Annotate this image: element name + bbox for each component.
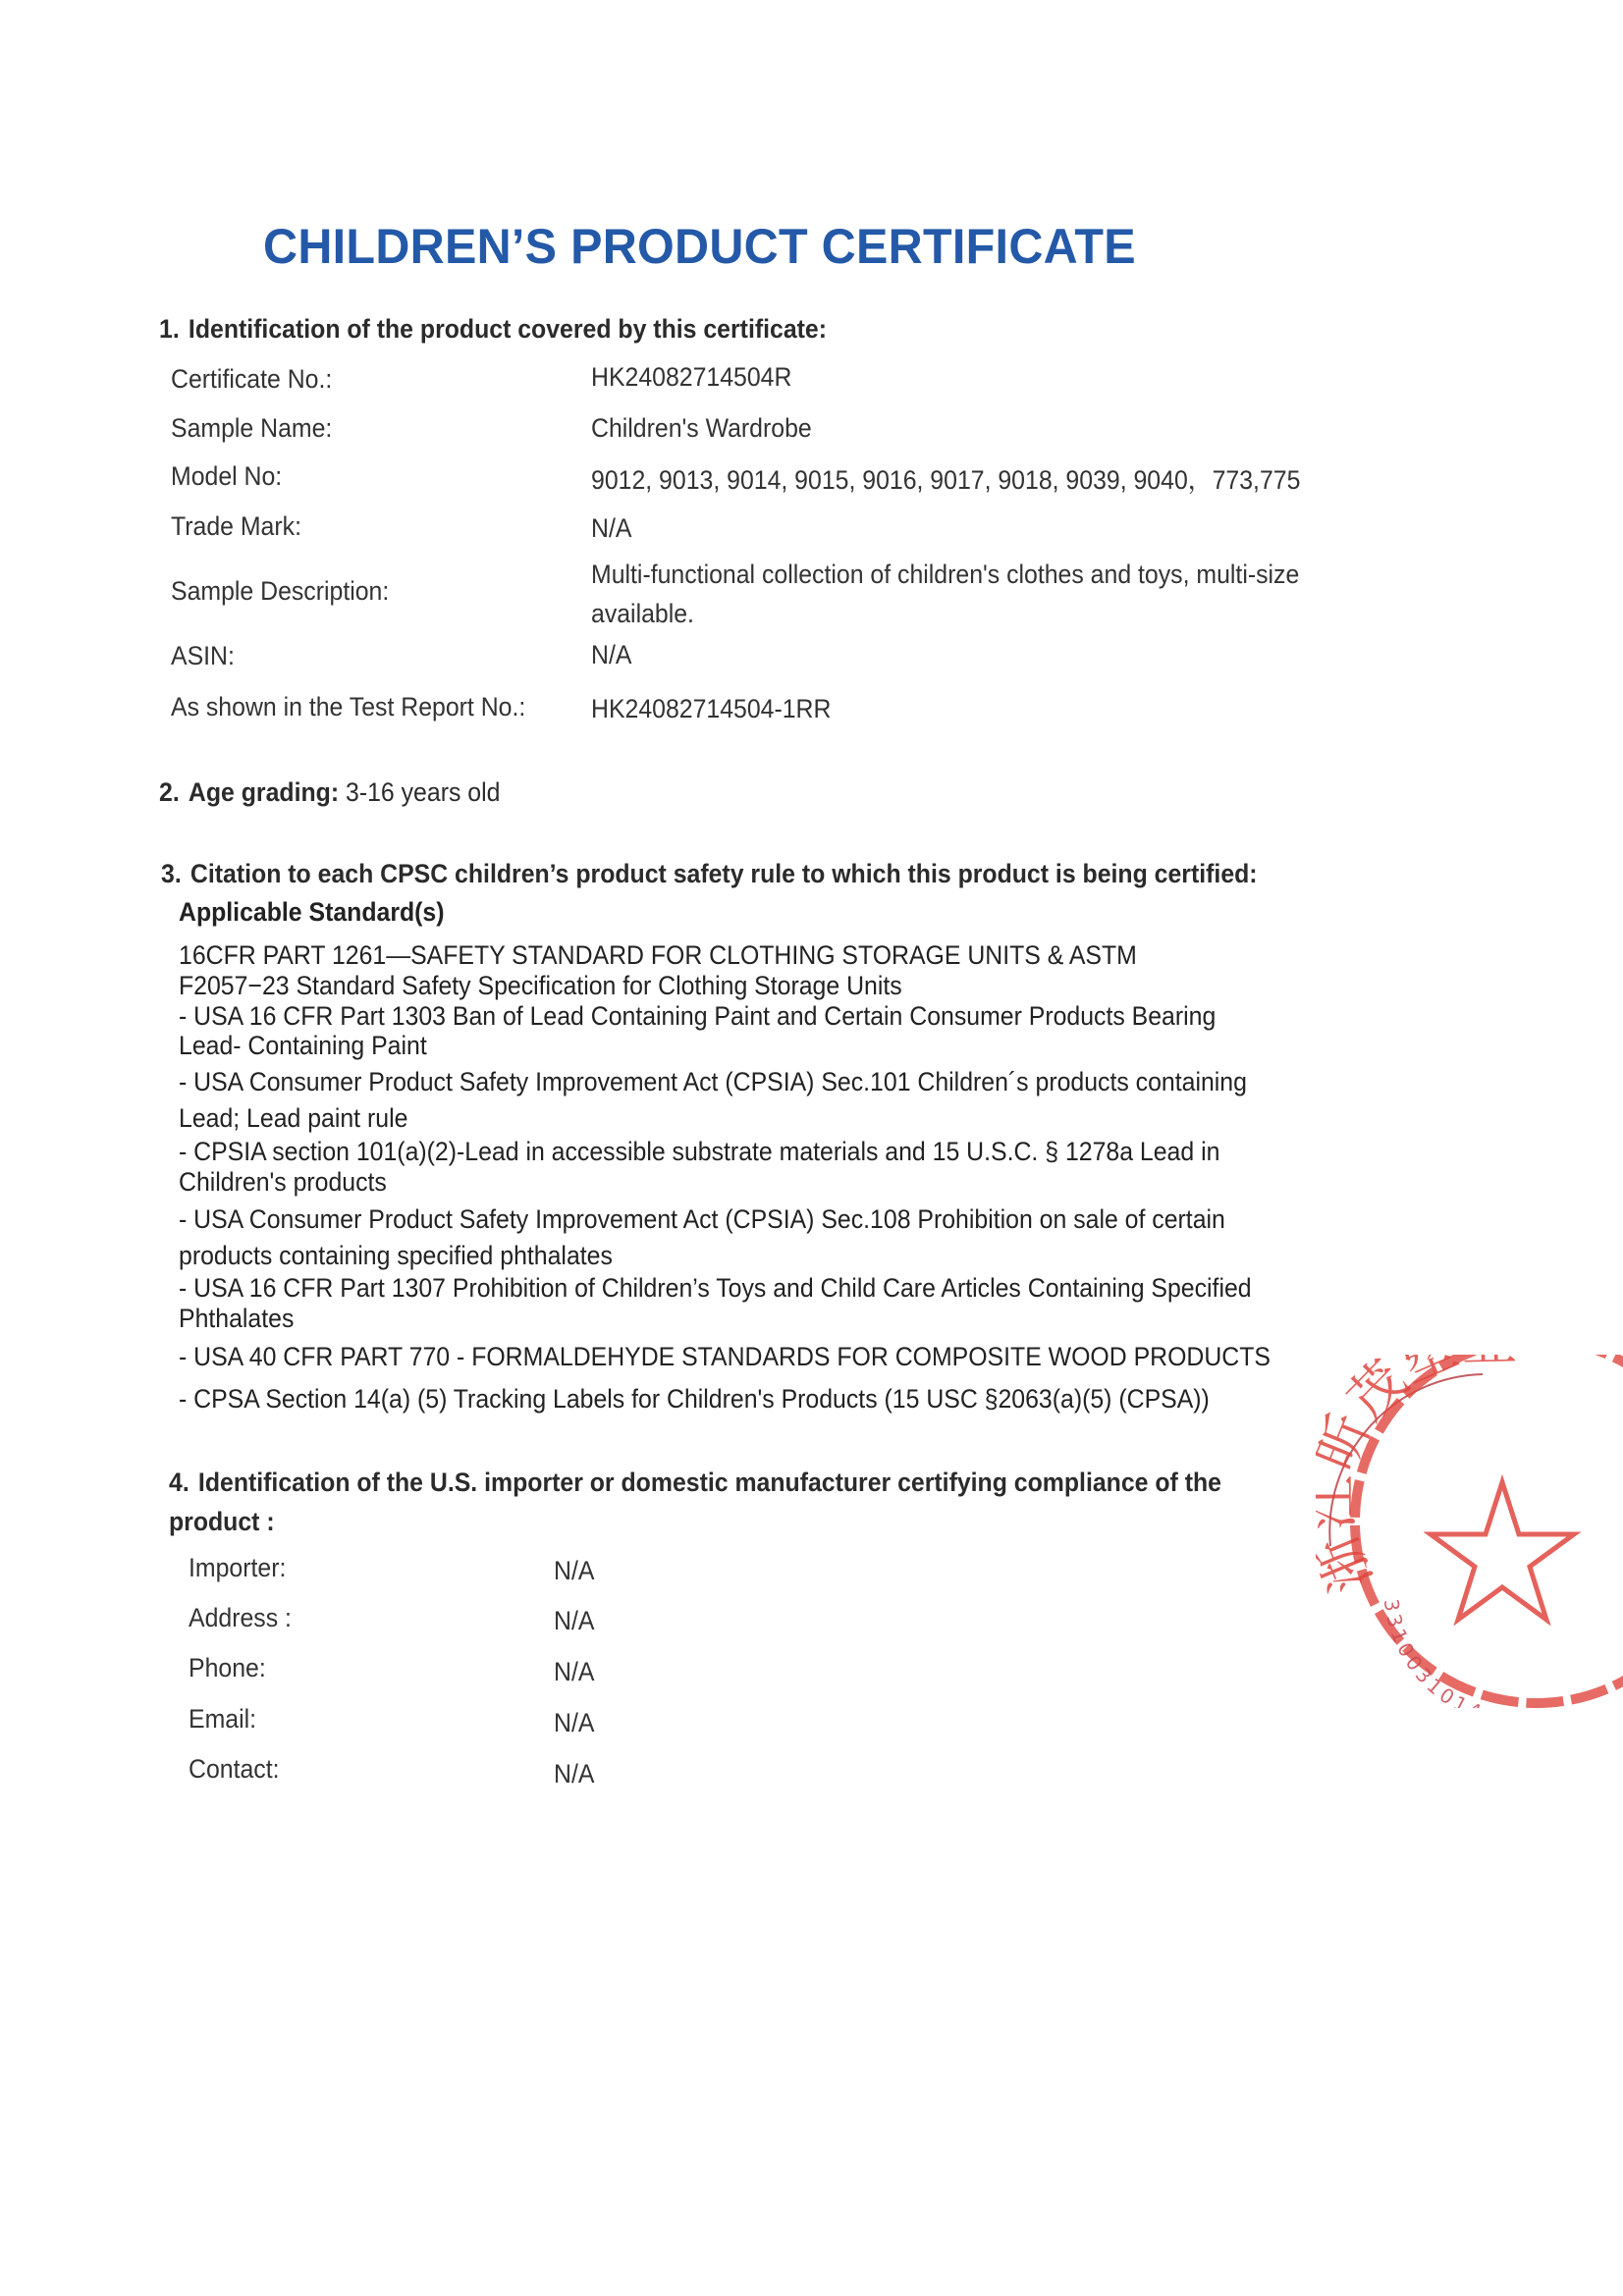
standard-line: Children's products [179, 1167, 387, 1198]
sample-name-value: Children's Wardrobe [591, 413, 812, 444]
page-title: CHILDREN’S PRODUCT CERTIFICATE [263, 218, 1136, 275]
standard-line: Phthalates [179, 1304, 294, 1334]
asin-value: N/A [591, 640, 631, 670]
sample-description-value: Multi-functional collection of children'… [591, 555, 1350, 633]
standard-line: Lead; Lead paint rule [179, 1103, 407, 1134]
section-number: 4. [169, 1468, 189, 1498]
section-title: Identification of the product covered by… [189, 314, 827, 344]
sample-name-label: Sample Name: [171, 413, 332, 444]
company-seal-stamp: 浙江昕茂塑业 3310031014 [1316, 1355, 1623, 1708]
trade-mark-label: Trade Mark: [171, 511, 301, 542]
trade-mark-value: N/A [591, 513, 631, 544]
standard-line: - USA 16 CFR Part 1303 Ban of Lead Conta… [179, 1001, 1216, 1032]
address-value: N/A [554, 1606, 594, 1636]
standard-line: Lead- Containing Paint [179, 1031, 427, 1061]
standard-line: - USA 16 CFR Part 1307 Prohibition of Ch… [179, 1273, 1252, 1304]
test-report-no-value: HK24082714504-1RR [591, 694, 831, 724]
seal-text: 浙江昕茂塑业 [1316, 1355, 1517, 1601]
standard-line: products containing specified phthalates [179, 1241, 613, 1271]
certificate-no-value: HK24082714504R [591, 362, 791, 393]
importer-value: N/A [554, 1556, 594, 1586]
standard-line: 16CFR PART 1261—SAFETY STANDARD FOR CLOT… [179, 940, 1137, 971]
standard-line: - USA Consumer Product Safety Improvemen… [179, 1067, 1247, 1097]
standard-line: - USA 40 CFR PART 770 - FORMALDEHYDE STA… [179, 1342, 1271, 1372]
address-label: Address : [189, 1603, 292, 1633]
section-2-heading: 2.Age grading: 3-16 years old [159, 777, 500, 808]
section-1-heading: 1.Identification of the product covered … [159, 314, 827, 345]
standard-line: - CPSIA section 101(a)(2)-Lead in access… [179, 1137, 1219, 1167]
applicable-standards-heading: Applicable Standard(s) [179, 897, 445, 928]
section-number: 1. [159, 314, 180, 345]
section-title: Age grading: [189, 777, 339, 807]
certificate-no-label: Certificate No.: [171, 364, 332, 395]
contact-label: Contact: [189, 1754, 280, 1785]
section-number: 3. [161, 859, 182, 889]
model-no-label: Model No: [171, 461, 282, 492]
standard-line: F2057−23 Standard Safety Specification f… [179, 971, 902, 1001]
standard-line: - USA Consumer Product Safety Improvemen… [179, 1204, 1225, 1235]
section-title: Citation to each CPSC children’s product… [190, 859, 1258, 888]
contact-value: N/A [554, 1759, 594, 1789]
email-value: N/A [554, 1708, 594, 1738]
section-number: 2. [159, 777, 180, 808]
section-4-heading: 4.Identification of the U.S. importer or… [169, 1468, 1221, 1498]
standard-line: - CPSA Section 14(a) (5) Tracking Labels… [179, 1384, 1210, 1415]
age-grading-value: 3-16 years old [346, 777, 500, 807]
seal-icon: 浙江昕茂塑业 3310031014 [1316, 1355, 1623, 1708]
phone-label: Phone: [189, 1653, 266, 1683]
asin-label: ASIN: [171, 641, 235, 671]
section-3-heading: 3.Citation to each CPSC children’s produ… [161, 859, 1258, 889]
email-label: Email: [189, 1704, 256, 1735]
sample-description-label: Sample Description: [171, 576, 389, 607]
phone-value: N/A [554, 1657, 594, 1687]
certificate-page: CHILDREN’S PRODUCT CERTIFICATE 1.Identif… [0, 0, 1623, 2296]
section-4-heading-cont: product : [169, 1507, 275, 1537]
test-report-no-label: As shown in the Test Report No.: [171, 692, 525, 722]
importer-label: Importer: [189, 1553, 286, 1583]
model-no-value: 9012, 9013, 9014, 9015, 9016, 9017, 9018… [591, 458, 1300, 497]
section-title: Identification of the U.S. importer or d… [198, 1468, 1221, 1497]
